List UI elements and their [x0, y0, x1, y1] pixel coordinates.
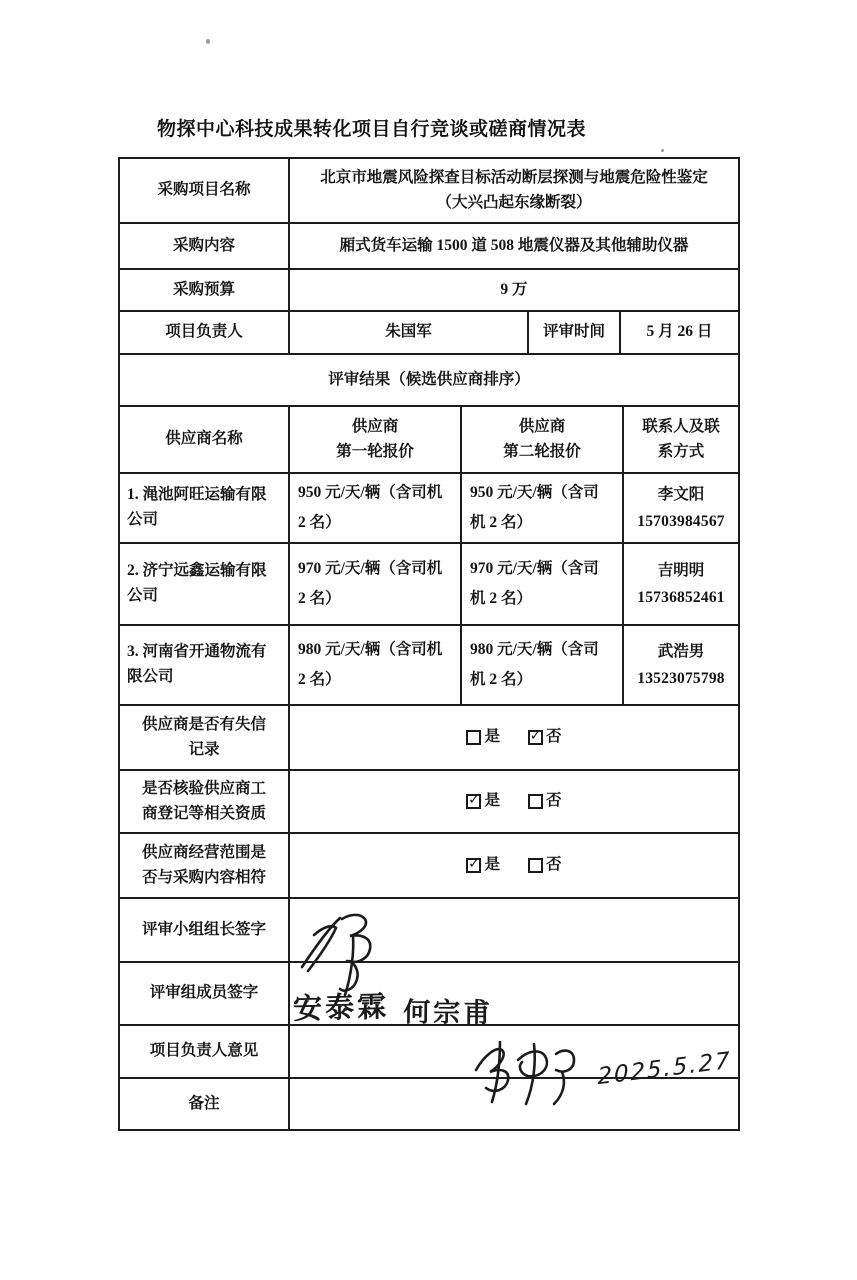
project-name-line1: 北京市地震风险探查目标活动断层探测与地震危险性鉴定	[320, 166, 708, 190]
yes-option: ✓ 是	[466, 789, 500, 813]
row-check-registration: 是否核验供应商工 商登记等相关资质 ✓ 是 否	[120, 771, 738, 834]
lead-opinion-label: 项目负责人意见	[120, 1026, 288, 1077]
row-budget: 采购预算 9 万	[120, 270, 738, 312]
checkbox-no	[528, 858, 543, 873]
remarks-label: 备注	[120, 1079, 288, 1129]
row-supplier-headers: 供应商名称 供应商 第一轮报价 供应商 第二轮报价 联系人及联 系方式	[120, 407, 738, 474]
supplier-round1-quote: 970 元/天/辆（含司机 2 名）	[288, 544, 460, 624]
member-signature-2: 何宗甫	[403, 990, 493, 1030]
row-check-scope: 供应商经营范围是 否与采购内容相符 ✓ 是 否	[120, 834, 738, 899]
no-option: ✓ 否	[528, 725, 562, 749]
supplier-name: 3. 河南省开通物流有限公司	[120, 626, 288, 704]
lead-value: 朱国军	[288, 312, 527, 353]
scan-speck	[206, 39, 210, 44]
project-name-value: 北京市地震风险探查目标活动断层探测与地震危险性鉴定 （大兴凸起东缘断裂）	[288, 159, 738, 222]
no-option: 否	[528, 853, 562, 877]
check-scope-label: 供应商经营范围是 否与采购内容相符	[120, 834, 288, 897]
page-title: 物探中心科技成果转化项目自行竞谈或磋商情况表	[157, 114, 597, 141]
yes-option: ✓ 是	[466, 853, 500, 877]
checkbox-yes	[466, 730, 481, 745]
member-signatures-handwriting: 安泰霖何宗甫	[292, 981, 493, 1027]
yes-label: 是	[484, 725, 500, 749]
content-label: 采购内容	[120, 224, 288, 268]
leader-signature-area	[288, 899, 738, 961]
checkbox-yes: ✓	[466, 858, 481, 873]
lead-label: 项目负责人	[120, 312, 288, 353]
contact-name: 武浩男	[658, 638, 705, 665]
yes-label: 是	[484, 853, 500, 877]
row-result-banner: 评审结果（候选供应商排序）	[120, 355, 738, 407]
supplier-round2-quote: 950 元/天/辆（含司机 2 名）	[460, 474, 622, 542]
budget-value: 9 万	[288, 270, 738, 310]
round1-header: 供应商 第一轮报价	[288, 407, 460, 472]
checkbox-no: ✓	[528, 730, 543, 745]
contact-phone: 15736852461	[637, 584, 724, 611]
review-time-label: 评审时间	[527, 312, 619, 353]
row-leader-signature: 评审小组组长签字	[120, 899, 738, 963]
check-scope-value: ✓ 是 否	[288, 834, 738, 897]
supplier-name: 2. 济宁远鑫运输有限公司	[120, 544, 288, 624]
contact-name: 李文阳	[658, 481, 705, 508]
check-credit-label: 供应商是否有失信 记录	[120, 706, 288, 769]
row-remarks: 备注	[120, 1079, 738, 1129]
checkbox-yes: ✓	[466, 794, 481, 809]
row-supplier-1: 1. 渑池阿旺运输有限公司 950 元/天/辆（含司机 2 名） 950 元/天…	[120, 474, 738, 544]
yes-label: 是	[484, 789, 500, 813]
review-time-value: 5 月 26 日	[619, 312, 738, 353]
check-mark: ✓	[530, 729, 542, 743]
check-registration-value: ✓ 是 否	[288, 771, 738, 832]
supplier-round1-quote: 980 元/天/辆（含司机 2 名）	[288, 626, 460, 704]
yes-option: 是	[466, 725, 500, 749]
remarks-value	[288, 1079, 738, 1129]
member-signatures-label: 评审组成员签字	[120, 963, 288, 1024]
check-registration-label: 是否核验供应商工 商登记等相关资质	[120, 771, 288, 832]
contact-phone: 13523075798	[637, 665, 724, 692]
content-value: 厢式货车运输 1500 道 508 地震仪器及其他辅助仪器	[288, 224, 738, 268]
scan-speck	[661, 149, 664, 152]
row-project-lead: 项目负责人 朱国军 评审时间 5 月 26 日	[120, 312, 738, 355]
no-label: 否	[546, 789, 562, 813]
supplier-round2-quote: 980 元/天/辆（含司机 2 名）	[460, 626, 622, 704]
supplier-contact: 李文阳 15703984567	[622, 474, 738, 542]
row-project-name: 采购项目名称 北京市地震风险探查目标活动断层探测与地震危险性鉴定 （大兴凸起东缘…	[120, 159, 738, 224]
supplier-round1-quote: 950 元/天/辆（含司机 2 名）	[288, 474, 460, 542]
row-procurement-content: 采购内容 厢式货车运输 1500 道 508 地震仪器及其他辅助仪器	[120, 224, 738, 270]
row-check-credit-record: 供应商是否有失信 记录 是 ✓ 否	[120, 706, 738, 771]
supplier-round2-quote: 970 元/天/辆（含司机 2 名）	[460, 544, 622, 624]
member-signature-1: 安泰霖	[293, 991, 390, 1026]
project-name-label: 采购项目名称	[120, 159, 288, 222]
contact-phone: 15703984567	[637, 508, 724, 535]
round2-header: 供应商 第二轮报价	[460, 407, 622, 472]
supplier-name: 1. 渑池阿旺运输有限公司	[120, 474, 288, 542]
supplier-contact: 吉明明 15736852461	[622, 544, 738, 624]
check-credit-value: 是 ✓ 否	[288, 706, 738, 769]
row-supplier-2: 2. 济宁远鑫运输有限公司 970 元/天/辆（含司机 2 名） 970 元/天…	[120, 544, 738, 626]
scanned-document-page: 物探中心科技成果转化项目自行竞谈或磋商情况表 采购项目名称 北京市地震风险探查目…	[0, 0, 857, 1280]
no-label: 否	[546, 853, 562, 877]
leader-signature-label: 评审小组组长签字	[120, 899, 288, 961]
no-option: 否	[528, 789, 562, 813]
result-banner: 评审结果（候选供应商排序）	[120, 355, 738, 405]
check-mark: ✓	[468, 793, 480, 807]
supplier-name-header: 供应商名称	[120, 407, 288, 472]
contact-name: 吉明明	[658, 557, 705, 584]
check-mark: ✓	[468, 857, 480, 871]
checkbox-no	[528, 794, 543, 809]
project-name-line2: （大兴凸起东缘断裂）	[436, 191, 591, 215]
contact-header: 联系人及联 系方式	[622, 407, 738, 472]
no-label: 否	[546, 725, 562, 749]
supplier-contact: 武浩男 13523075798	[622, 626, 738, 704]
row-supplier-3: 3. 河南省开通物流有限公司 980 元/天/辆（含司机 2 名） 980 元/…	[120, 626, 738, 706]
budget-label: 采购预算	[120, 270, 288, 310]
